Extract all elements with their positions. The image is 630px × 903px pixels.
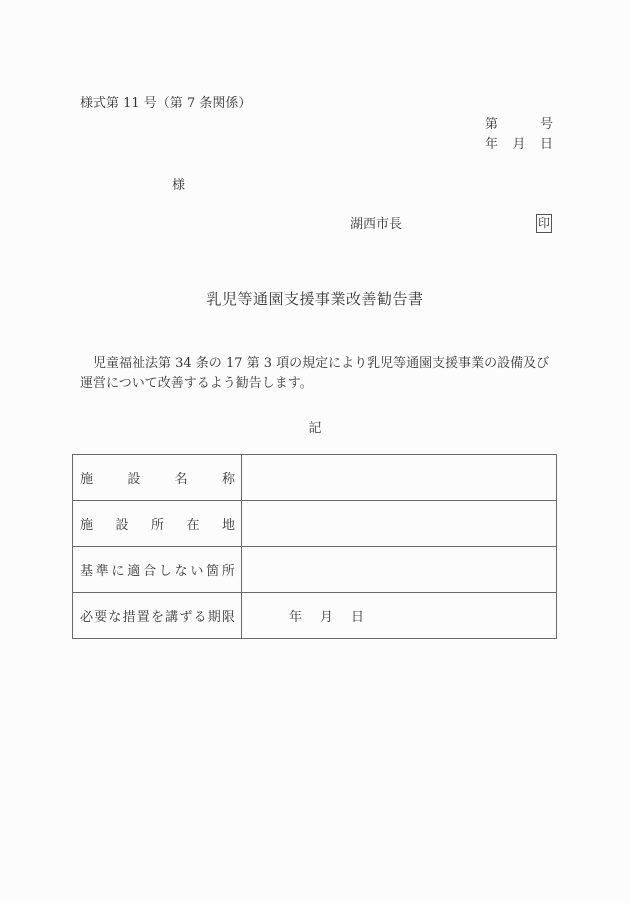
label-char: 要 — [94, 606, 107, 625]
label-char: 期 — [208, 606, 221, 625]
label-char: に — [112, 560, 125, 579]
label-char: 基 — [80, 560, 93, 579]
deadline-year: 年 — [289, 606, 302, 625]
number-suffix: 号 — [540, 117, 553, 133]
issue-date-line: 年 月 日 — [485, 137, 553, 153]
label-char: な — [175, 560, 188, 579]
label-char: 所 — [222, 560, 235, 579]
document-number-line: 第 号 — [485, 117, 553, 133]
label-char: 措 — [123, 606, 136, 625]
label-char: 地 — [222, 514, 235, 533]
issuer-name: 湖西市長 — [350, 217, 402, 233]
table-row-facility-name: 施 設 名 称 — [73, 455, 557, 501]
label-char: な — [108, 606, 121, 625]
facility-name-field[interactable] — [242, 455, 557, 501]
facility-address-field[interactable] — [242, 501, 557, 547]
body-paragraph: 児童福祉法第 34 条の 17 第 3 項の規定により乳児等通園支援事業の設備及… — [80, 354, 560, 394]
deadline-day: 日 — [351, 606, 364, 625]
body-line-2: 運営について改善するよう勧告します。 — [80, 374, 560, 394]
label-char: 在 — [186, 514, 199, 533]
label-char: 所 — [151, 514, 164, 533]
label-char: 箇 — [206, 560, 219, 579]
number-prefix: 第 — [485, 117, 498, 133]
row-label: 基 準 に 適 合 し な い 箇 所 — [73, 547, 242, 593]
details-table: 施 設 名 称 施 設 所 在 地 基 準 に 適 — [72, 454, 557, 639]
body-line-1: 児童福祉法第 34 条の 17 第 3 項の規定により乳児等通園支援事業の設備及… — [80, 354, 560, 374]
label-char: 施 — [80, 468, 93, 487]
row-label: 施 設 所 在 地 — [73, 501, 242, 547]
label-char: 準 — [96, 560, 109, 579]
label-char: 講 — [165, 606, 178, 625]
label-char: 適 — [127, 560, 140, 579]
noncompliance-field[interactable] — [242, 547, 557, 593]
seal-mark: 印 — [536, 214, 552, 233]
table-row-noncompliance: 基 準 に 適 合 し な い 箇 所 — [73, 547, 557, 593]
ki-heading: 記 — [0, 417, 630, 436]
label-char: 必 — [80, 606, 93, 625]
table-row-deadline: 必 要 な 措 置 を 講 ず る 期 限 年 月 日 — [73, 593, 557, 639]
label-char: 施 — [80, 514, 93, 533]
table-row-facility-address: 施 設 所 在 地 — [73, 501, 557, 547]
label-char: し — [159, 560, 172, 579]
label-char: ず — [179, 606, 192, 625]
label-char: 設 — [115, 514, 128, 533]
row-label: 必 要 な 措 置 を 講 ず る 期 限 — [73, 593, 242, 639]
label-char: 設 — [127, 468, 140, 487]
form-number-label: 様式第 11 号（第 7 条関係） — [80, 96, 251, 112]
date-day: 日 — [540, 137, 553, 153]
label-char: 名 — [175, 468, 188, 487]
label-char: を — [151, 606, 164, 625]
row-label: 施 設 名 称 — [73, 455, 242, 501]
document-title: 乳児等通園支援事業改善勧告書 — [0, 288, 630, 309]
date-month: 月 — [512, 137, 525, 153]
addressee-suffix: 様 — [172, 178, 185, 194]
label-char: 合 — [143, 560, 156, 579]
label-char: い — [190, 560, 203, 579]
date-year: 年 — [485, 137, 498, 153]
label-char: る — [194, 606, 207, 625]
deadline-field[interactable]: 年 月 日 — [242, 593, 557, 639]
label-char: 称 — [222, 468, 235, 487]
deadline-month: 月 — [320, 606, 333, 625]
label-char: 限 — [222, 606, 235, 625]
label-char: 置 — [137, 606, 150, 625]
